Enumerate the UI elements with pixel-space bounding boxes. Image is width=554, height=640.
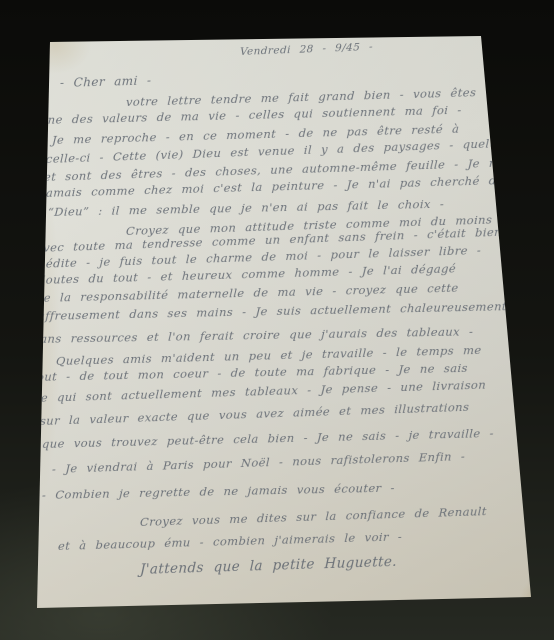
letter-photograph: Vendredi 28 - 9/45 -- Cher ami -votre le… <box>0 0 554 640</box>
handwritten-line: Croyez vous me dites sur la confiance de… <box>140 504 487 529</box>
handwritten-line: - Je viendrai à Paris pour Noël - nous r… <box>52 449 466 476</box>
handwritten-line: sur la valeur exacte que vous avez aimée… <box>40 400 470 428</box>
letter-paper: Vendredi 28 - 9/45 -- Cher ami -votre le… <box>0 0 554 640</box>
handwritten-line: J'attends que la petite Huguette. <box>140 554 398 578</box>
handwritten-line: et à beaucoup ému - combien j'aimerais l… <box>58 529 403 553</box>
handwritten-line: - Combien je regrette de ne jamais vous … <box>42 481 396 502</box>
handwritten-line: Vendredi 28 - 9/45 - <box>240 41 373 58</box>
handwritten-line: sans ressources et l'on ferait croire qu… <box>34 324 474 346</box>
handwritten-line: - Cher ami - <box>60 73 152 90</box>
handwritten-line: que vous trouvez peut-être cela bien - J… <box>42 426 495 451</box>
